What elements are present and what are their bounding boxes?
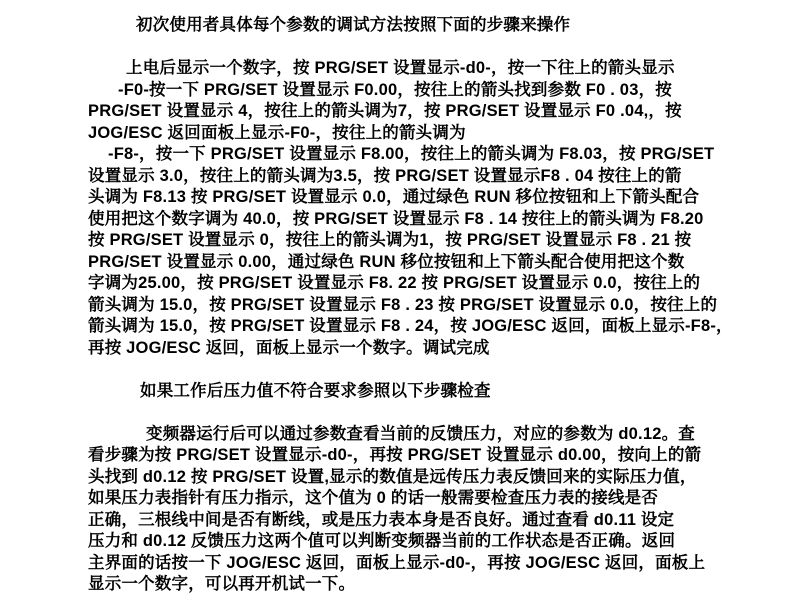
blank-line [88, 359, 710, 381]
text-line: 压力和 d0.12 反馈压力这两个值可以判断变频器当前的工作状态是否正确。返回 [88, 531, 710, 553]
text-line: 显示一个数字，可以再开机试一下。 [88, 574, 710, 596]
text-line: 看步骤为按 PRG/SET 设置显示-d0-，再按 PRG/SET 设置显示 d… [88, 445, 710, 467]
text-line: PRG/SET 设置显示 0.00，通过绿色 RUN 移位按钮和上下箭头配合使用… [88, 252, 710, 274]
text-line: 如果压力表指针有压力指示，这个值为 0 的话一般需要检查压力表的接线是否 [88, 488, 710, 510]
text-line: PRG/SET 设置显示 4，按往上的箭头调为7，按 PRG/SET 设置显示 … [88, 101, 710, 123]
text-line: 变频器运行后可以通过参数查看当前的反馈压力，对应的参数为 d0.12。查 [88, 424, 710, 446]
document-body: 初次使用者具体每个参数的调试方法按照下面的步骤来操作 上电后显示一个数字，按 P… [88, 15, 710, 596]
text-line: 箭头调为 15.0，按 PRG/SET 设置显示 F8 . 23 按 PRG/S… [88, 295, 710, 317]
text-line: 箭头调为 15.0，按 PRG/SET 设置显示 F8 . 24，按 JOG/E… [88, 316, 710, 338]
text-line: 主界面的话按一下 JOG/ESC 返回，面板上显示-d0-，再按 JOG/ESC… [88, 553, 710, 575]
text-line: 头调为 F8.13 按 PRG/SET 设置显示 0.0，通过绿色 RUN 移位… [88, 187, 710, 209]
text-line: 上电后显示一个数字，按 PRG/SET 设置显示-d0-，按一下往上的箭头显示 [88, 58, 710, 80]
text-line: -F8-，按一下 PRG/SET 设置显示 F8.00，按往上的箭头调为 F8.… [88, 144, 710, 166]
text-line: JOG/ESC 返回面板上显示-F0-，按往上的箭头调为 [88, 123, 710, 145]
text-line: 头找到 d0.12 按 PRG/SET 设置,显示的数值是远传压力表反馈回来的实… [88, 467, 710, 489]
text-line: 再按 JOG/ESC 返回，面板上显示一个数字。调试完成 [88, 338, 710, 360]
text-line: 字调为25.00，按 PRG/SET 设置显示 F8. 22 按 PRG/SET… [88, 273, 710, 295]
text-line: 使用把这个数字调为 40.0，按 PRG/SET 设置显示 F8 . 14 按往… [88, 209, 710, 231]
text-line: 设置显示 3.0，按往上的箭头调为3.5，按 PRG/SET 设置显示F8 . … [88, 166, 710, 188]
text-line: -F0-按一下 PRG/SET 设置显示 F0.00，按往上的箭头找到参数 F0… [88, 80, 710, 102]
blank-line [88, 37, 710, 59]
heading-line: 初次使用者具体每个参数的调试方法按照下面的步骤来操作 [88, 15, 710, 37]
text-line: 按 PRG/SET 设置显示 0，按往上的箭头调为1，按 PRG/SET 设置显… [88, 230, 710, 252]
heading-line: 如果工作后压力值不符合要求参照以下步骤检查 [88, 381, 710, 403]
document-page: 初次使用者具体每个参数的调试方法按照下面的步骤来操作 上电后显示一个数字，按 P… [0, 0, 793, 603]
text-line: 正确，三根线中间是否有断线，或是压力表本身是否良好。通过查看 d0.11 设定 [88, 510, 710, 532]
blank-line [88, 402, 710, 424]
